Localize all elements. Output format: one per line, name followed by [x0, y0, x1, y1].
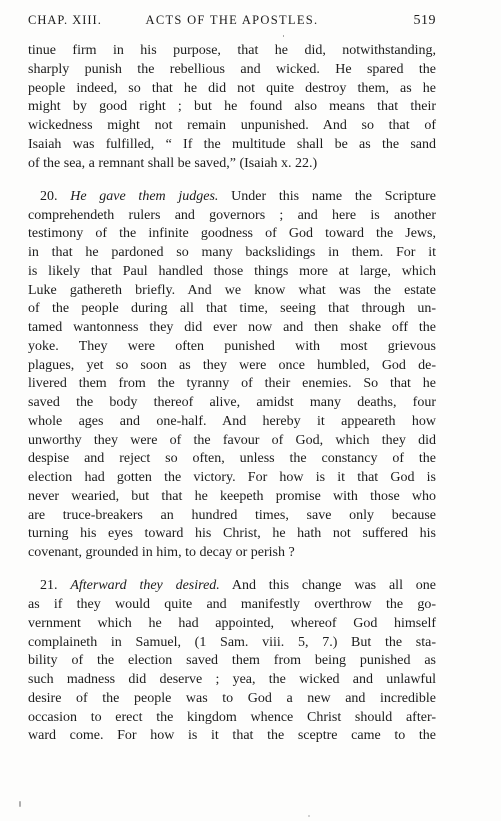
running-head: CHAP. XIII. ACTS OF THE APOSTLES. 519: [28, 13, 436, 29]
text-segment: election had gotten the victory. For how…: [28, 470, 436, 485]
page-number: 519: [318, 13, 436, 29]
text-line: livered them from the tyranny of their e…: [28, 375, 436, 394]
text-line: despise and reject so often, unless the …: [28, 450, 436, 469]
text-segment: Luke gathereth briefly. And we know what…: [28, 283, 436, 298]
text-line: comprehendeth rulers and governors ; and…: [28, 207, 436, 226]
text-line: in that he pardoned so many backslidings…: [28, 244, 436, 263]
text-line: unworthy they were of the favour of God,…: [28, 432, 436, 451]
text-segment: yoke. They were often punished with most…: [28, 339, 436, 354]
text-segment: complaineth in Samuel, (1 Sam. viii. 5, …: [28, 635, 436, 650]
text-line: complaineth in Samuel, (1 Sam. viii. 5, …: [28, 634, 436, 653]
text-segment: desire of the people was to God a new an…: [28, 691, 436, 706]
text-segment: despise and reject so often, unless the …: [28, 451, 436, 466]
text-line: are truce-breakers an hundred times, sav…: [28, 507, 436, 526]
text-line: testimony of the infinite goodness of Go…: [28, 225, 436, 244]
text-segment: sharply punish the rebellious and wicked…: [28, 62, 436, 77]
text-line: people indeed, so that he did not quite …: [28, 80, 436, 99]
text-line: of the people during all that time, seei…: [28, 300, 436, 319]
text-segment: vernment which he had appointed, whereof…: [28, 616, 436, 631]
page-title: ACTS OF THE APOSTLES.: [146, 13, 319, 28]
text-line: never wearied, but that he keepeth promi…: [28, 488, 436, 507]
text-line: might by good right ; but he found also …: [28, 98, 436, 117]
text-line: Isaiah was fulfilled, “ If the multitude…: [28, 136, 436, 155]
text-segment: are truce-breakers an hundred times, sav…: [28, 508, 436, 523]
text-line: saved the body thereof alive, amidst man…: [28, 394, 436, 413]
text-segment: tamed wantonness they did ever now and t…: [28, 320, 436, 335]
text-segment: saved the body thereof alive, amidst man…: [28, 395, 436, 410]
chapter-label: CHAP. XIII.: [28, 13, 146, 28]
text-line: ward come. For how is it that the sceptr…: [28, 727, 436, 746]
scan-speck: [19, 801, 21, 807]
text-line: is likely that Paul handled those things…: [28, 263, 436, 282]
text-segment: of the people during all that time, seei…: [28, 301, 436, 316]
text-line: turning his eyes toward his Christ, he h…: [28, 525, 436, 544]
text-segment: testimony of the infinite goodness of Go…: [28, 226, 436, 241]
text-line: election had gotten the victory. For how…: [28, 469, 436, 488]
text-line: occasion to erect the kingdom whence Chr…: [28, 709, 436, 728]
paragraph: 20. He gave them judges. Under this name…: [28, 188, 436, 563]
page-body: tinue firm in his purpose, that he did, …: [28, 42, 436, 746]
text-segment: Isaiah was fulfilled, “ If the multitude…: [28, 137, 436, 152]
text-segment: such madness did deserve ; yea, the wick…: [28, 672, 436, 687]
text-line: desire of the people was to God a new an…: [28, 690, 436, 709]
scan-speck: [283, 35, 284, 37]
text-segment: is likely that Paul handled those things…: [28, 264, 436, 279]
text-line: whole ages and one-half. And hereby it a…: [28, 413, 436, 432]
text-line: vernment which he had appointed, whereof…: [28, 615, 436, 634]
text-segment: bility of the election saved them from b…: [28, 653, 436, 668]
text-line: plagues, yet so soon as they were once h…: [28, 357, 436, 376]
text-segment: unworthy they were of the favour of God,…: [28, 433, 436, 448]
text-segment: livered them from the tyranny of their e…: [28, 376, 436, 391]
text-segment: 20.: [40, 189, 70, 204]
text-line: 20. He gave them judges. Under this name…: [28, 188, 436, 207]
text-line: as if they would quite and manifestly ov…: [28, 596, 436, 615]
text-segment: wickedness might not remain unpunished. …: [28, 118, 436, 133]
italic-phrase: He gave them judges.: [70, 189, 218, 204]
text-segment: 21.: [40, 578, 70, 593]
text-segment: of the sea, a remnant shall be saved,” (…: [28, 156, 317, 171]
text-segment: never wearied, but that he keepeth promi…: [28, 489, 436, 504]
scan-speck: [308, 815, 310, 817]
page-content: CHAP. XIII. ACTS OF THE APOSTLES. 519 ti…: [0, 0, 501, 746]
text-line: yoke. They were often punished with most…: [28, 338, 436, 357]
text-segment: plagues, yet so soon as they were once h…: [28, 358, 436, 373]
text-segment: as if they would quite and manifestly ov…: [28, 597, 436, 612]
text-segment: ward come. For how is it that the sceptr…: [28, 728, 436, 743]
text-line: tinue firm in his purpose, that he did, …: [28, 42, 436, 61]
text-segment: might by good right ; but he found also …: [28, 99, 436, 114]
text-line: tamed wantonness they did ever now and t…: [28, 319, 436, 338]
text-line: Luke gathereth briefly. And we know what…: [28, 282, 436, 301]
text-segment: whole ages and one-half. And hereby it a…: [28, 414, 436, 429]
paragraph: tinue firm in his purpose, that he did, …: [28, 42, 436, 173]
text-line: wickedness might not remain unpunished. …: [28, 117, 436, 136]
text-segment: Under this name the Scripture: [218, 189, 436, 204]
text-segment: tinue firm in his purpose, that he did, …: [28, 43, 436, 58]
book-page-scan: CHAP. XIII. ACTS OF THE APOSTLES. 519 ti…: [0, 0, 501, 821]
text-segment: people indeed, so that he did not quite …: [28, 81, 436, 96]
paragraph: 21. Afterward they desired. And this cha…: [28, 577, 436, 746]
text-line: such madness did deserve ; yea, the wick…: [28, 671, 436, 690]
text-segment: in that he pardoned so many backslidings…: [28, 245, 436, 260]
italic-phrase: Afterward they desired.: [70, 578, 219, 593]
text-line: of the sea, a remnant shall be saved,” (…: [28, 155, 436, 174]
text-segment: covenant, grounded in him, to decay or p…: [28, 545, 295, 560]
text-segment: And this change was all one: [220, 578, 436, 593]
text-line: covenant, grounded in him, to decay or p…: [28, 544, 436, 563]
text-segment: occasion to erect the kingdom whence Chr…: [28, 710, 436, 725]
text-segment: turning his eyes toward his Christ, he h…: [28, 526, 436, 541]
text-line: 21. Afterward they desired. And this cha…: [28, 577, 436, 596]
text-segment: comprehendeth rulers and governors ; and…: [28, 208, 436, 223]
text-line: sharply punish the rebellious and wicked…: [28, 61, 436, 80]
text-line: bility of the election saved them from b…: [28, 652, 436, 671]
